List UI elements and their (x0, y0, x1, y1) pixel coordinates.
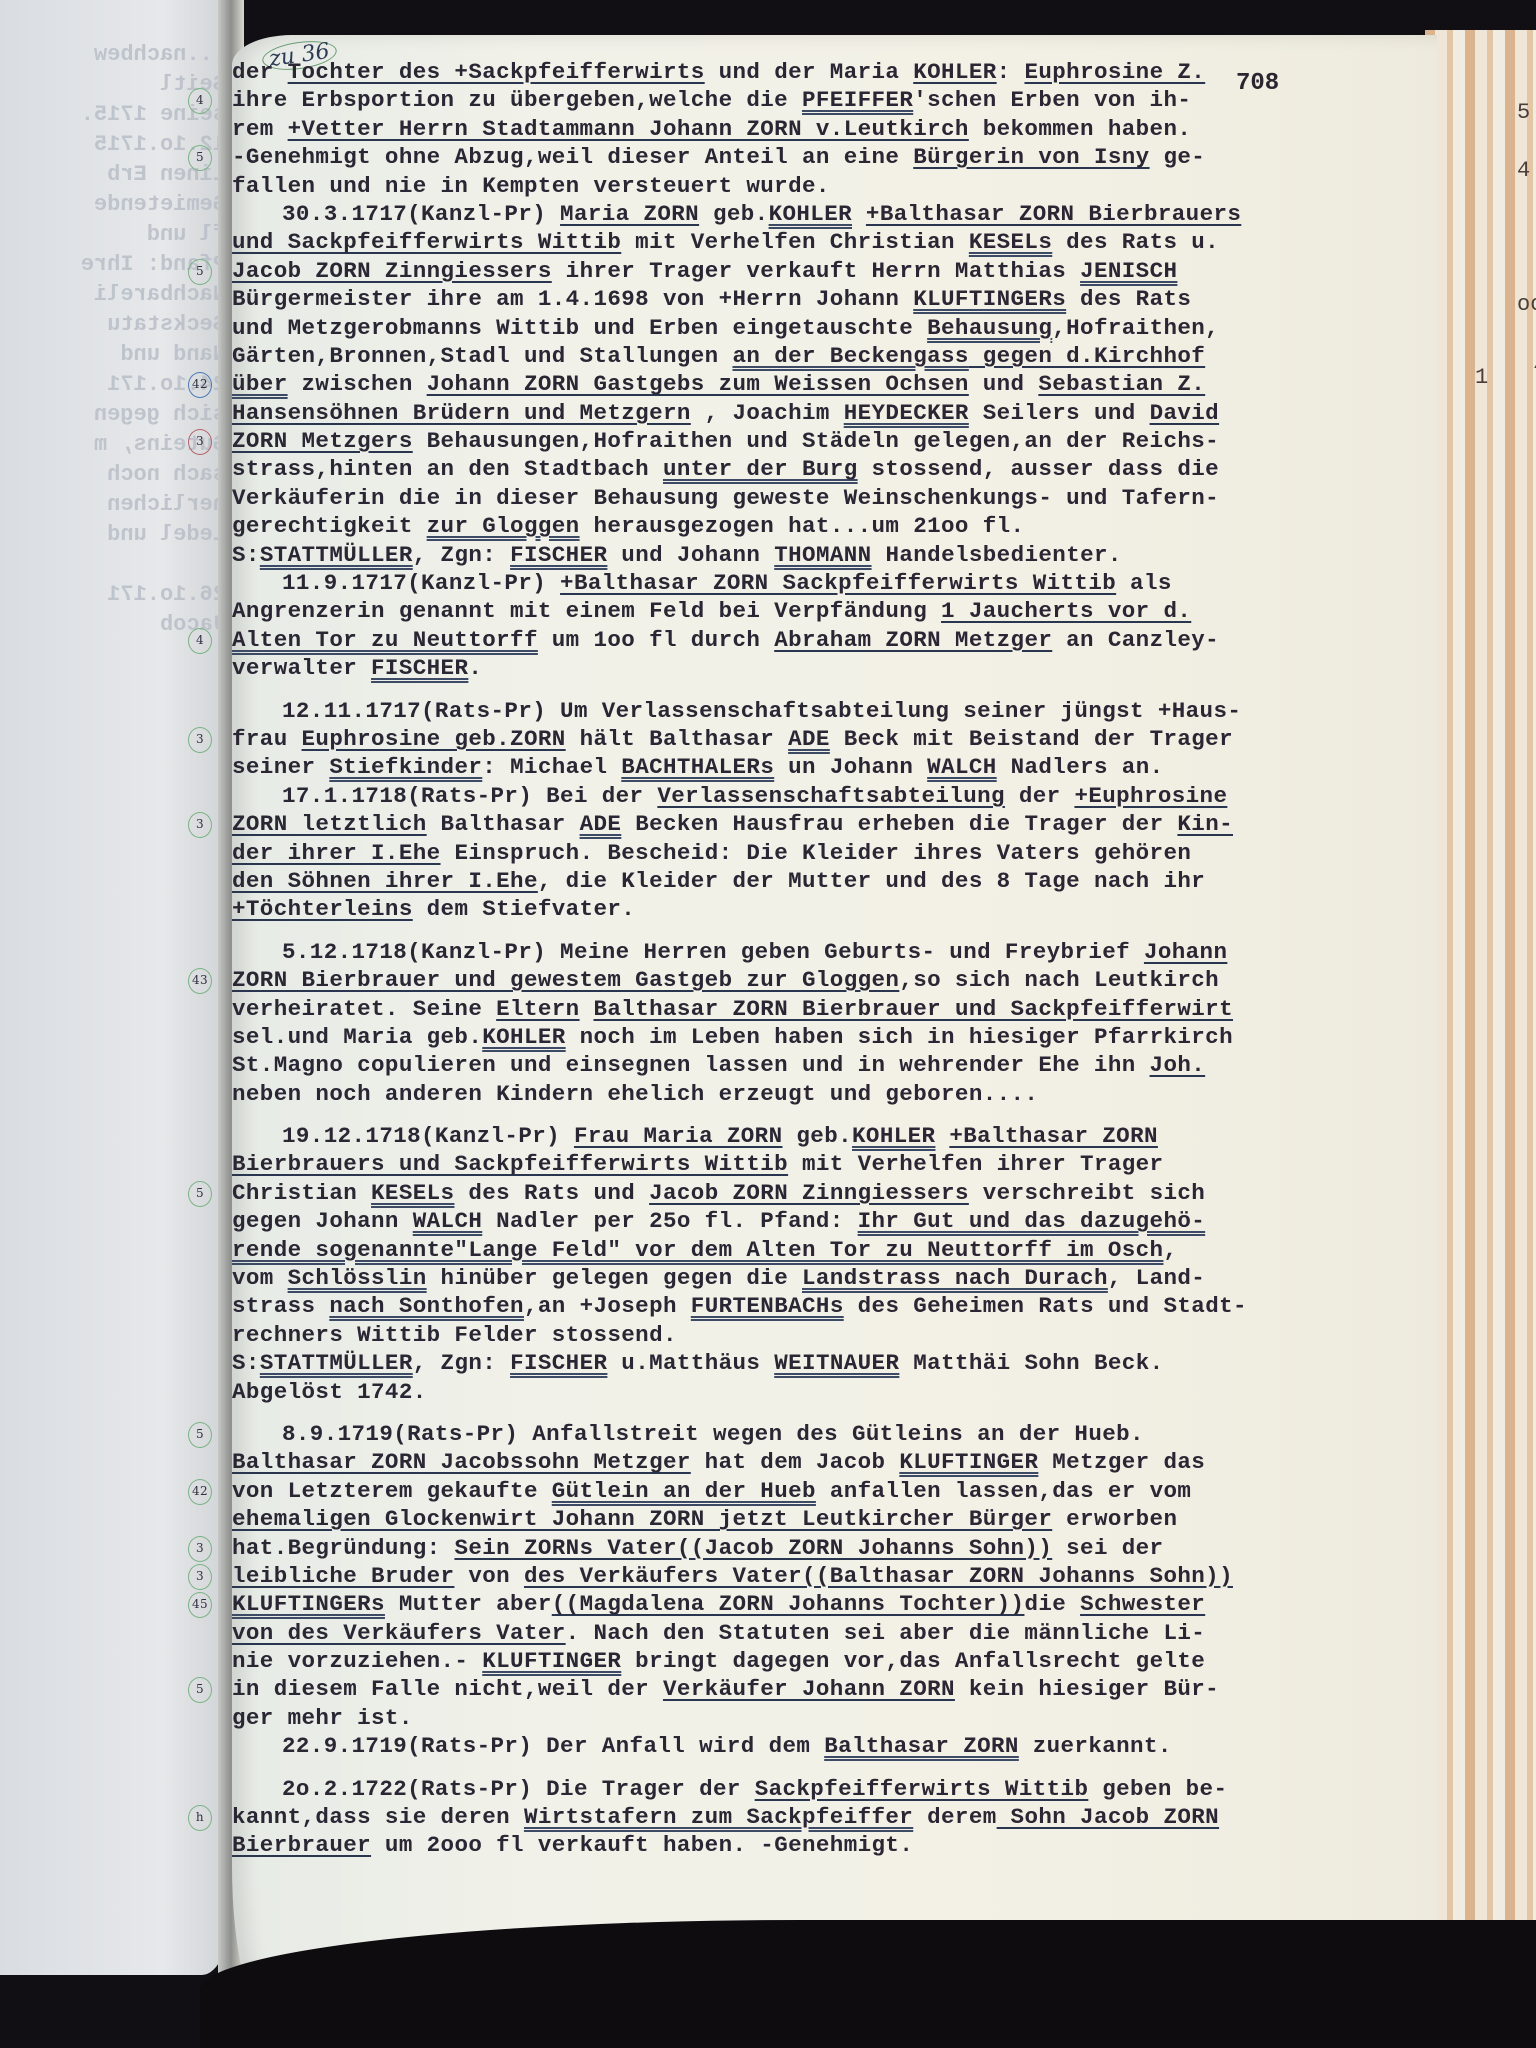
record-entry: 12.11.1717(Rats-Pr) Um Verlassenschaftsa… (232, 683, 1432, 782)
margin-annotation: 5 (188, 1422, 212, 1448)
text-line: 3ZORN letztlich Balthasar ADE Becken Hau… (232, 810, 1432, 838)
text-segment: gegen Johann (232, 1208, 413, 1234)
text-segment: Nadler per 25o fl. Pfand: (482, 1208, 857, 1234)
underlined-term: KLUFTINGERs (913, 286, 1066, 312)
entry-first-line: 58.9.1719(Rats-Pr) Anfallstreit wegen de… (232, 1420, 1432, 1448)
underlined-term: rende sogenannte"Lange Feld" vor dem Alt… (232, 1237, 1163, 1263)
edge-mark: oo- (1517, 292, 1536, 317)
underlined-term: unter der Burg (663, 456, 858, 482)
text-segment: Seilers und (969, 400, 1150, 426)
text-line: verheiratet. Seine Eltern Balthasar ZORN… (232, 995, 1432, 1023)
underlined-term: Bierbrauer (232, 1832, 371, 1858)
underlined-term: Abraham ZORN Metzger (774, 627, 1052, 653)
text-line: ger mehr ist. (232, 1704, 1432, 1732)
text-segment: Behausungen,Hofraithen und Städeln geleg… (413, 428, 1219, 454)
margin-annotation: 5 (188, 259, 212, 285)
text-segment: frau (232, 726, 302, 752)
text-line: 5Christian KESELs des Rats und Jacob ZOR… (232, 1179, 1432, 1207)
text-segment: an Canzley- (1052, 627, 1219, 653)
edge-mark: 5 (1517, 100, 1530, 125)
margin-annotation: 5 (188, 1181, 212, 1207)
text-segment: der (232, 59, 288, 85)
text-segment: u.Matthäus (607, 1350, 774, 1376)
underlined-term: KLUFTINGER (482, 1648, 621, 1674)
text-line: 5Jacob ZORN Zinngiessers ihrer Trager ve… (232, 257, 1432, 285)
text-segment: 19.12.1718(Kanzl-Pr) (282, 1123, 574, 1149)
text-line: Verkäuferin die in dieser Behausung gewe… (232, 484, 1432, 512)
entry-first-line: 11.9.1717(Kanzl-Pr) +Balthasar ZORN Sack… (232, 569, 1432, 597)
text-segment: um 2ooo fl verkauft haben. -Genehmigt. (371, 1832, 913, 1858)
text-segment: Christian (232, 1180, 371, 1206)
document-body: der Tochter des +Sackpfeifferwirts und d… (232, 58, 1432, 1860)
text-segment: verschreibt sich (969, 1180, 1205, 1206)
underlined-term: Jacob ZORN Zinngiessers (232, 258, 552, 284)
text-segment: Gärten,Bronnen,Stadl und Stallungen (232, 343, 732, 369)
text-line: rechners Wittib Felder stossend. (232, 1321, 1432, 1349)
text-line: gegen Johann WALCH Nadler per 25o fl. Pf… (232, 1207, 1432, 1235)
record-entry: 58.9.1719(Rats-Pr) Anfallstreit wegen de… (232, 1406, 1432, 1732)
underlined-term: Johann ZORN Gastgebs zum Weissen Ochsen (427, 371, 969, 397)
text-segment: Becken Hausfrau erheben die Trager der (621, 811, 1177, 837)
text-segment: 12.11.1717(Rats-Pr) Um Verlassenschaftsa… (282, 698, 1241, 724)
text-segment: 17.1.1718(Rats-Pr) Bei der (282, 783, 657, 809)
text-segment: , Zgn: (413, 542, 510, 568)
margin-annotation: 3 (188, 812, 212, 838)
text-segment: der (1005, 783, 1075, 809)
underlined-term: leibliche Bruder (232, 1563, 454, 1589)
underlined-term: Eltern (496, 996, 579, 1022)
text-segment (580, 996, 594, 1022)
underlined-term: Maria ZORN (560, 201, 699, 227)
text-line: 3ZORN Metzgers Behausungen,Hofraithen un… (232, 427, 1432, 455)
text-segment: bekommen haben. (969, 116, 1191, 142)
text-segment: ,an +Joseph (524, 1293, 691, 1319)
entry-spacer (232, 924, 1432, 938)
entry-spacer (232, 1761, 1432, 1775)
record-entry: 2o.2.1722(Rats-Pr) Die Trager der Sackpf… (232, 1761, 1432, 1860)
text-segment: noch im Leben haben sich in hiesiger Pfa… (566, 1024, 1233, 1050)
text-segment: -Genehmigt ohne Abzug,weil dieser Anteil… (232, 144, 913, 170)
text-line: und Sackpfeifferwirts Wittib mit Verhelf… (232, 228, 1432, 256)
text-segment: des Geheimen Rats und Stadt- (844, 1293, 1247, 1319)
text-segment: geben be- (1088, 1776, 1227, 1802)
underlined-term: STATTMÜLLER (260, 542, 413, 568)
edge-mark: 4 (1517, 158, 1530, 183)
text-segment: des Rats (1066, 286, 1191, 312)
entry-spacer (232, 683, 1432, 697)
margin-annotation: 5 (188, 145, 212, 171)
underlined-term: KOHLER (913, 59, 996, 85)
text-segment: derem (913, 1804, 996, 1830)
text-line: 4Alten Tor zu Neuttorff um 1oo fl durch … (232, 626, 1432, 654)
text-segment: Matthäi Sohn Beck. (899, 1350, 1163, 1376)
underlined-term: JENISCH (1080, 258, 1177, 284)
text-segment: nie vorzuziehen.- (232, 1648, 482, 1674)
underlined-term: nach Sonthofen (329, 1293, 524, 1319)
text-line: nie vorzuziehen.- KLUFTINGER bringt dage… (232, 1647, 1432, 1675)
text-segment: anfallen lassen,das er vom (816, 1478, 1191, 1504)
text-segment: und Metzgerobmanns Wittib und Erben eing… (232, 315, 927, 341)
text-segment: verheiratet. Seine (232, 996, 496, 1022)
text-segment: . Nach den Statuten sei aber die männlic… (566, 1620, 1206, 1646)
text-segment: 11.9.1717(Kanzl-Pr) (282, 570, 560, 596)
underlined-term: Sein ZORNs Vater((Jacob ZORN Johanns Soh… (454, 1535, 1052, 1561)
text-line: St.Magno copulieren und einsegnen lassen… (232, 1051, 1432, 1079)
text-segment: : Michael (482, 754, 621, 780)
text-segment: Balthasar (427, 811, 580, 837)
underlined-term: ((Magdalena ZORN Johanns Tochter)) (552, 1591, 1025, 1617)
text-segment: ,Hofraithen, (1052, 315, 1219, 341)
text-segment: 5.12.1718(Kanzl-Pr) Meine Herren geben G… (282, 939, 1144, 965)
text-line: 5-Genehmigt ohne Abzug,weil dieser Antei… (232, 143, 1432, 171)
page-stack-edge: 5 4 oo- 1 / (1425, 30, 1536, 1970)
text-segment: rechners Wittib Felder stossend. (232, 1322, 677, 1348)
text-line: 5in diesem Falle nicht,weil der Verkäufe… (232, 1675, 1432, 1703)
text-line: strass,hinten an den Stadtbach unter der… (232, 455, 1432, 483)
text-line: 4ihre Erbsportion zu übergeben,welche di… (232, 86, 1432, 114)
underlined-term: Stiefkinder (329, 754, 482, 780)
underlined-term: KESELs (969, 229, 1052, 255)
text-segment: Beck mit Beistand der Trager (830, 726, 1233, 752)
entry-spacer (232, 1406, 1432, 1420)
underlined-term: Balthasar ZORN (824, 1733, 1019, 1759)
underlined-term: Jacob ZORN Zinngiessers (649, 1180, 969, 1206)
record-entry: 30.3.1717(Kanzl-Pr) Maria ZORN geb.KOHLE… (232, 200, 1432, 569)
record-entry: 17.1.1718(Rats-Pr) Bei der Verlassenscha… (232, 782, 1432, 924)
text-line: S:STATTMÜLLER, Zgn: FISCHER und Johann T… (232, 541, 1432, 569)
underlined-term: Frau Maria ZORN (574, 1123, 783, 1149)
text-segment: kein hiesiger Bür- (955, 1676, 1219, 1702)
underlined-term: FISCHER (510, 1350, 607, 1376)
text-line: seiner Stiefkinder: Michael BACHTHALERs … (232, 753, 1432, 781)
text-segment: um 1oo fl durch (538, 627, 774, 653)
text-line: Gärten,Bronnen,Stadl und Stallungen an d… (232, 342, 1432, 370)
text-line: Bierbrauer um 2ooo fl verkauft haben. -G… (232, 1831, 1432, 1859)
text-segment: und Johann (607, 542, 774, 568)
entry-spacer (232, 1108, 1432, 1122)
text-segment: des Rats und (454, 1180, 649, 1206)
text-segment: 30.3.1717(Kanzl-Pr) (282, 201, 560, 227)
text-segment: stossend, ausser dass die (858, 456, 1219, 482)
text-line: verwalter FISCHER. (232, 654, 1432, 682)
text-segment: : (997, 59, 1025, 85)
text-line: +Töchterleins dem Stiefvater. (232, 895, 1432, 923)
underlined-term: Verlassenschaftsabteilung (657, 783, 1005, 809)
text-line: Bierbrauers und Sackpfeifferwirts Wittib… (232, 1150, 1432, 1178)
text-line: rem +Vetter Herrn Stadtammann Johann ZOR… (232, 115, 1432, 143)
underlined-term: WALCH (927, 754, 997, 780)
underlined-term: der ihrer I.Ehe (232, 840, 441, 866)
underlined-term: Behausung (927, 315, 1052, 341)
underlined-term: +Balthasar ZORN Sackpfeifferwirts Wittib (560, 570, 1116, 596)
text-segment: die (1024, 1591, 1080, 1617)
underlined-term: Sebastian Z. (1038, 371, 1205, 397)
text-segment: von (454, 1563, 524, 1589)
underlined-term: Ihr Gut und das dazugehö- (858, 1208, 1206, 1234)
text-line: Angrenzerin genannt mit einem Feld bei V… (232, 597, 1432, 625)
entry-first-line: 22.9.1719(Rats-Pr) Der Anfall wird dem B… (232, 1732, 1432, 1760)
margin-annotation: 3 (188, 1564, 212, 1590)
record-entry: 5.12.1718(Kanzl-Pr) Meine Herren geben G… (232, 924, 1432, 1108)
text-segment: fallen und nie in Kempten versteuert wur… (232, 173, 830, 199)
edge-mark: 1 (1475, 365, 1488, 390)
underlined-term: WALCH (413, 1208, 483, 1234)
text-segment: von Letzterem gekaufte (232, 1478, 552, 1504)
underlined-term: PFEIFFER (802, 87, 913, 113)
underlined-term: THOMANN (774, 542, 871, 568)
text-segment: un Johann (774, 754, 927, 780)
text-segment: erworben (1052, 1506, 1177, 1532)
underlined-term: ZORN Bierbrauer und gewestem Gastgeb zur… (232, 967, 899, 993)
underlined-term: STATTMÜLLER (260, 1350, 413, 1376)
entry-first-line: 30.3.1717(Kanzl-Pr) Maria ZORN geb.KOHLE… (232, 200, 1432, 228)
underlined-term: +Balthasar ZORN (949, 1123, 1158, 1149)
underlined-term: Schlösslin (288, 1265, 427, 1291)
text-segment: Bürgermeister ihre am 1.4.1698 von +Herr… (232, 286, 913, 312)
text-segment: vom (232, 1265, 288, 1291)
entry-first-line: 5.12.1718(Kanzl-Pr) Meine Herren geben G… (232, 938, 1432, 966)
text-segment: , Joachim (691, 400, 844, 426)
text-segment: , die Kleider der Mutter und des 8 Tage … (538, 868, 1205, 894)
text-segment: kannt,dass sie deren (232, 1804, 524, 1830)
text-segment: Nadlers an. (997, 754, 1164, 780)
underlined-term: KLUFTINGERs (232, 1591, 385, 1617)
record-entry: 11.9.1717(Kanzl-Pr) +Balthasar ZORN Sack… (232, 569, 1432, 683)
underlined-term: KOHLER (482, 1024, 565, 1050)
text-segment: strass,hinten an den Stadtbach (232, 456, 663, 482)
text-line: 3hat.Begründung: Sein ZORNs Vater((Jacob… (232, 1534, 1432, 1562)
text-segment: hat dem Jacob (691, 1449, 900, 1475)
text-segment: ihre Erbsportion zu übergeben,welche die (232, 87, 802, 113)
text-line: 42von Letzterem gekaufte Gütlein an der … (232, 1477, 1432, 1505)
underlined-term: Balthasar ZORN Jacobssohn Metzger (232, 1449, 691, 1475)
underlined-term: Euphrosine Z. (1024, 59, 1205, 85)
underlined-term: FISCHER (510, 542, 607, 568)
text-segment: ger mehr ist. (232, 1705, 413, 1731)
underlined-term: Sackpfeifferwirts Wittib (755, 1776, 1089, 1802)
text-line: hkannt,dass sie deren Wirtstafern zum Sa… (232, 1803, 1432, 1831)
text-segment: herausgezogen hat...um 21oo fl. (580, 513, 1025, 539)
underlined-term: ADE (788, 726, 830, 752)
underlined-term: Schwester (1080, 1591, 1205, 1617)
text-segment: ge- (1150, 144, 1206, 170)
margin-annotation: 3 (188, 727, 212, 753)
underlined-term: FURTENBACHs (691, 1293, 844, 1319)
underlined-term: KOHLER (852, 1123, 935, 1149)
underlined-term: ADE (580, 811, 622, 837)
text-line: S:STATTMÜLLER, Zgn: FISCHER u.Matthäus W… (232, 1349, 1432, 1377)
underlined-term: Bierbrauers und Sackpfeifferwirts Wittib (232, 1151, 788, 1177)
text-segment: S: (232, 542, 260, 568)
previous-page-bleed-text: ...nachbew Seitl seine 1715. 12.1o.1715 … (6, 40, 226, 640)
text-line: gerechtigkeit zur Gloggen herausgezogen … (232, 512, 1432, 540)
text-segment: , Land- (1108, 1265, 1205, 1291)
entry-first-line: 2o.2.1722(Rats-Pr) Die Trager der Sackpf… (232, 1775, 1432, 1803)
record-entry: 22.9.1719(Rats-Pr) Der Anfall wird dem B… (232, 1732, 1432, 1760)
table-surface (200, 1920, 1536, 2048)
text-line: 3frau Euphrosine geb.ZORN hält Balthasar… (232, 725, 1432, 753)
text-segment: St.Magno copulieren und einsegnen lassen… (232, 1052, 1150, 1078)
underlined-term: des Verkäufers Vater((Balthasar ZORN Joh… (524, 1563, 1233, 1589)
text-segment (935, 1123, 949, 1149)
margin-annotation: 3 (188, 429, 212, 455)
text-line: 45KLUFTINGERs Mutter aber((Magdalena ZOR… (232, 1590, 1432, 1618)
underlined-term: Verkäufer Johann ZORN (663, 1676, 955, 1702)
text-line: Abgelöst 1742. (232, 1378, 1432, 1406)
text-segment: Mutter aber (385, 1591, 552, 1617)
underlined-term: Euphrosine geb.ZORN (302, 726, 566, 752)
text-segment: gerechtigkeit (232, 513, 427, 539)
text-segment: seiner (232, 754, 329, 780)
text-line: der ihrer I.Ehe Einspruch. Bescheid: Die… (232, 839, 1432, 867)
text-segment: hält Balthasar (566, 726, 788, 752)
text-line: neben noch anderen Kindern ehelich erzeu… (232, 1080, 1432, 1108)
underlined-term: ehemaligen Glockenwirt Johann ZORN jetzt… (232, 1506, 1052, 1532)
text-line: 42über zwischen Johann ZORN Gastgebs zum… (232, 370, 1432, 398)
underlined-term: an der Beckengass (732, 343, 968, 369)
text-segment: 22.9.1719(Rats-Pr) Der Anfall wird dem (282, 1733, 824, 1759)
text-segment: rem (232, 116, 288, 142)
underlined-term: KLUFTINGER (899, 1449, 1038, 1475)
text-line: den Söhnen ihrer I.Ehe, die Kleider der … (232, 867, 1432, 895)
underlined-term: gegen d.Kirchhof (969, 343, 1205, 369)
text-segment: bringt dagegen vor,das Anfallsrecht gelt… (621, 1648, 1205, 1674)
underlined-term: Balthasar ZORN Bierbrauer und Sackpfeiff… (593, 996, 1233, 1022)
underlined-term: Hansensöhnen Brüdern und Metzgern (232, 400, 691, 426)
text-segment: strass (232, 1293, 329, 1319)
text-segment: . (468, 655, 482, 681)
underlined-term: Sohn Jacob ZORN (997, 1804, 1219, 1830)
text-segment: geb. (783, 1123, 853, 1149)
text-segment: sei der (1052, 1535, 1163, 1561)
text-line: Hansensöhnen Brüdern und Metzgern , Joac… (232, 399, 1432, 427)
underlined-term: ZORN Metzgers (232, 428, 413, 454)
record-entry: der Tochter des +Sackpfeifferwirts und d… (232, 58, 1432, 200)
text-line: sel.und Maria geb.KOHLER noch im Leben h… (232, 1023, 1432, 1051)
text-segment: 'schen Erben von ih- (913, 87, 1191, 113)
text-segment: zuerkannt. (1019, 1733, 1172, 1759)
underlined-term: Wirtstafern zum Sackpfeiffer (524, 1804, 913, 1830)
underlined-term: +Euphrosine (1074, 783, 1227, 809)
text-segment: geb. (699, 201, 769, 227)
text-line: strass nach Sonthofen,an +Joseph FURTENB… (232, 1292, 1432, 1320)
underlined-term: +Balthasar ZORN Bierbrauers (866, 201, 1241, 227)
underlined-term: Alten Tor zu Neuttorff (232, 627, 538, 653)
text-segment: , Zgn: (413, 1350, 510, 1376)
text-line: ehemaligen Glockenwirt Johann ZORN jetzt… (232, 1505, 1432, 1533)
underlined-term: Gütlein an der Hueb (552, 1478, 816, 1504)
text-segment: als (1116, 570, 1172, 596)
text-segment: hat.Begründung: (232, 1535, 454, 1561)
text-segment: hinüber gelegen gegen die (427, 1265, 802, 1291)
underlined-term: ZORN letztlich (232, 811, 427, 837)
text-segment: und der Maria (705, 59, 914, 85)
text-segment: zwischen (288, 371, 427, 397)
text-segment: dem Stiefvater. (413, 896, 635, 922)
text-segment: 8.9.1719(Rats-Pr) Anfallstreit wegen des… (282, 1421, 1144, 1447)
record-entry: 19.12.1718(Kanzl-Pr) Frau Maria ZORN geb… (232, 1108, 1432, 1406)
margin-annotation: 3 (188, 1536, 212, 1562)
underlined-term: KOHLER (769, 201, 852, 227)
text-segment: des Rats u. (1052, 229, 1219, 255)
text-segment: ihrer Trager verkauft Herrn Matthias (552, 258, 1080, 284)
underlined-term: den Söhnen ihrer I.Ehe (232, 868, 538, 894)
underlined-term: +Vetter Herrn Stadtammann Johann ZORN v.… (288, 116, 969, 142)
underlined-term: Landstrass nach Durach (802, 1265, 1108, 1291)
margin-annotation: 43 (188, 968, 212, 994)
underlined-term: FISCHER (371, 655, 468, 681)
underlined-term: Bürgerin von Isny (913, 144, 1149, 170)
entry-first-line: 12.11.1717(Rats-Pr) Um Verlassenschaftsa… (232, 697, 1432, 725)
text-line: Bürgermeister ihre am 1.4.1698 von +Herr… (232, 285, 1432, 313)
text-segment: in diesem Falle nicht,weil der (232, 1676, 663, 1702)
text-segment: Metzger das (1038, 1449, 1205, 1475)
margin-annotation: 42 (188, 1479, 212, 1505)
text-line: und Metzgerobmanns Wittib und Erben eing… (232, 314, 1432, 342)
text-line: 43ZORN Bierbrauer und gewestem Gastgeb z… (232, 966, 1432, 994)
text-line: 3leibliche Bruder von des Verkäufers Vat… (232, 1562, 1432, 1590)
text-segment: Verkäuferin die in dieser Behausung gewe… (232, 485, 1219, 511)
text-line: fallen und nie in Kempten versteuert wur… (232, 172, 1432, 200)
text-line: rende sogenannte"Lange Feld" vor dem Alt… (232, 1236, 1432, 1264)
underlined-term: zur Gloggen (427, 513, 580, 539)
text-segment: mit Verhelfen ihrer Trager (788, 1151, 1163, 1177)
underlined-term: HEYDECKER (844, 400, 969, 426)
text-segment: , (1163, 1237, 1177, 1263)
text-segment (852, 201, 866, 227)
text-segment: Einspruch. Bescheid: Die Kleider ihres V… (441, 840, 1192, 866)
text-line: von des Verkäufers Vater. Nach den Statu… (232, 1619, 1432, 1647)
entry-first-line: 17.1.1718(Rats-Pr) Bei der Verlassenscha… (232, 782, 1432, 810)
underlined-term: von des Verkäufers Vater (232, 1620, 566, 1646)
underlined-term: David (1150, 400, 1220, 426)
underlined-term: 1 Jaucherts vor d. (941, 598, 1191, 624)
underlined-term: Joh. (1150, 1052, 1206, 1078)
underlined-term: Kin- (1177, 811, 1233, 837)
text-segment: und (969, 371, 1039, 397)
underlined-term: WEITNAUER (774, 1350, 899, 1376)
text-segment: Angrenzerin genannt mit einem Feld bei V… (232, 598, 941, 624)
text-segment: sel.und Maria geb. (232, 1024, 482, 1050)
text-line: vom Schlösslin hinüber gelegen gegen die… (232, 1264, 1432, 1292)
text-line: Balthasar ZORN Jacobssohn Metzger hat de… (232, 1448, 1432, 1476)
underlined-term: Johann (1144, 939, 1227, 965)
text-line: der Tochter des +Sackpfeifferwirts und d… (232, 58, 1432, 86)
text-segment: mit Verhelfen Christian (621, 229, 969, 255)
underlined-term: Tochter des +Sackpfeifferwirts (288, 59, 705, 85)
underlined-term: über (232, 371, 288, 397)
text-segment: S: (232, 1350, 260, 1376)
underlined-term: BACHTHALERs (621, 754, 774, 780)
underlined-term: und Sackpfeifferwirts Wittib (232, 229, 621, 255)
text-segment: ,so sich nach Leutkirch (899, 967, 1219, 993)
text-segment: Handelsbedienter. (872, 542, 1122, 568)
margin-annotation: h (188, 1805, 212, 1831)
margin-annotation: 4 (188, 628, 212, 654)
underlined-term: KESELs (371, 1180, 454, 1206)
text-segment: neben noch anderen Kindern ehelich erzeu… (232, 1081, 1038, 1107)
underlined-term: +Töchterleins (232, 896, 413, 922)
text-segment: verwalter (232, 655, 371, 681)
entry-first-line: 19.12.1718(Kanzl-Pr) Frau Maria ZORN geb… (232, 1122, 1432, 1150)
text-segment: 2o.2.1722(Rats-Pr) Die Trager der (282, 1776, 755, 1802)
text-segment: Abgelöst 1742. (232, 1379, 427, 1405)
